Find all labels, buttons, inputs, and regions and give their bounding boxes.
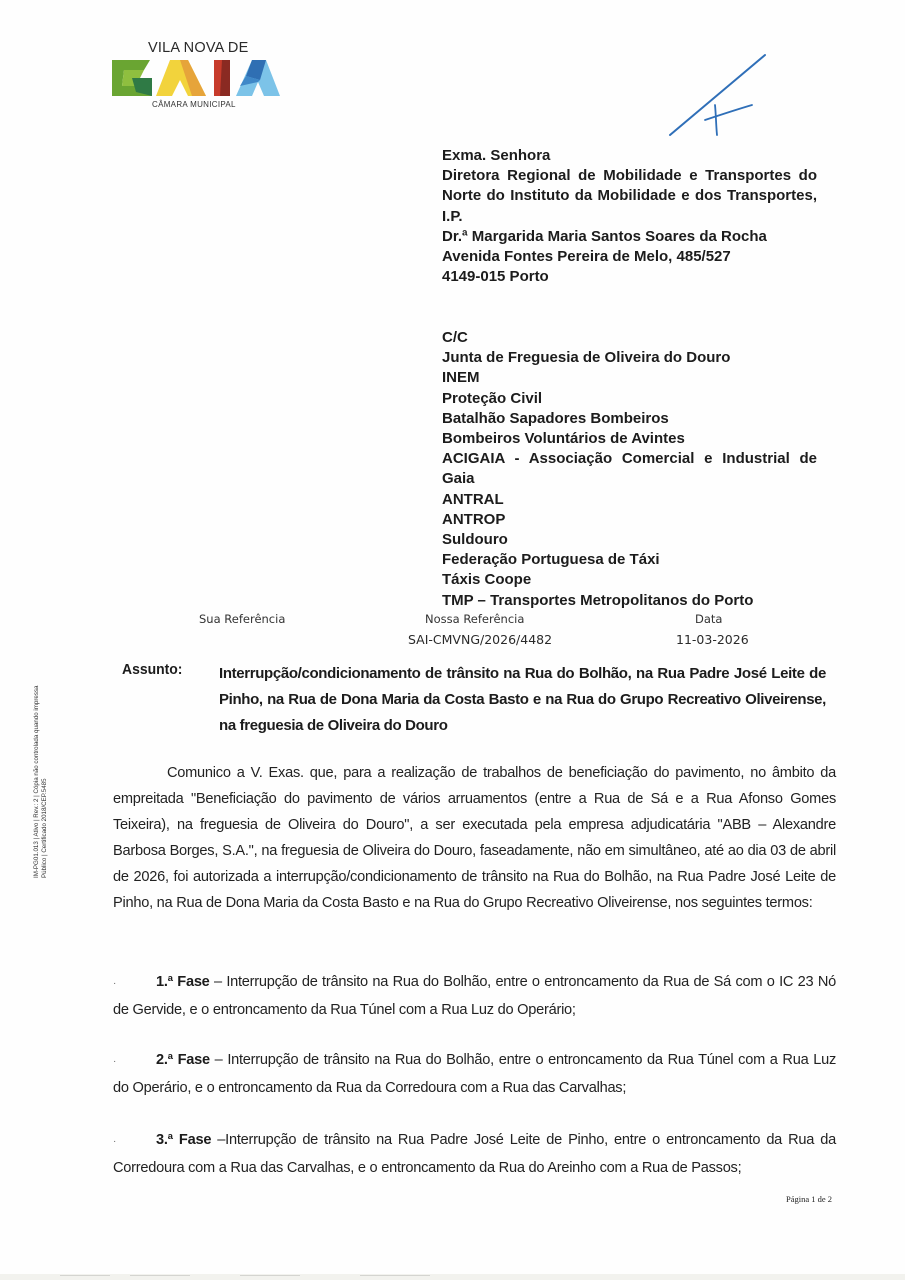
- letter-page: VILA NOVA DE CÂMARA MUNICIPAL Exma. Senh…: [0, 0, 905, 1280]
- cc-item: ANTROP: [442, 510, 817, 530]
- cc-item: Táxis Coope: [442, 570, 817, 590]
- bullet-icon: ·: [113, 1049, 156, 1075]
- our-reference-value: SAI-CMVNG/2026/4482: [408, 632, 552, 647]
- subject-text: Interrupção/condicionamento de trânsito …: [219, 661, 826, 739]
- recipient-line: Norte do Instituto da Mobilidade e dos T…: [442, 186, 817, 206]
- logo-top-text: VILA NOVA DE: [148, 40, 248, 56]
- gaia-logo-mark-icon: [110, 56, 280, 100]
- cc-item: Junta de Freguesia de Oliveira do Douro: [442, 348, 817, 368]
- phase-item: ·2.ª Fase – Interrupção de trânsito na R…: [113, 1047, 836, 1101]
- logo-bottom-text: CÂMARA MUNICIPAL: [152, 100, 236, 109]
- phase-item: ·3.ª Fase –Interrupção de trânsito na Ru…: [113, 1127, 836, 1181]
- cc-item: ANTRAL: [442, 490, 817, 510]
- recipient-line: Diretora Regional de Mobilidade e Transp…: [442, 166, 817, 186]
- phase-item: ·1.ª Fase – Interrupção de trânsito na R…: [113, 969, 836, 1023]
- control-note-line-1: IM-PG01.013 | Ativo | Rev.: 2 | Cópia nã…: [33, 686, 41, 879]
- phase-title: 1.ª Fase: [156, 974, 210, 990]
- cc-item: ACIGAIA - Associação Comercial e Industr…: [442, 449, 817, 469]
- cc-item: Gaia: [442, 469, 817, 489]
- recipient-line: Dr.ª Margarida Maria Santos Soares da Ro…: [442, 227, 817, 247]
- cc-item: Batalhão Sapadores Bombeiros: [442, 409, 817, 429]
- recipient-line: 4149-015 Porto: [442, 267, 817, 287]
- cc-item: INEM: [442, 368, 817, 388]
- signature-mark: [660, 50, 780, 145]
- bullet-icon: ·: [113, 971, 156, 997]
- cc-item: Bombeiros Voluntários de Avintes: [442, 429, 817, 449]
- body-paragraph: Comunico a V. Exas. que, para a realizaç…: [113, 760, 836, 916]
- page-number: Página 1 de 2: [786, 1194, 832, 1204]
- salutation: Exma. Senhora: [442, 146, 817, 166]
- gaia-logo: VILA NOVA DE CÂMARA MUNICIPAL: [110, 40, 280, 115]
- phase-text: –Interrupção de trânsito na Rua Padre Jo…: [113, 1132, 836, 1176]
- your-reference-label: Sua Referência: [199, 612, 285, 626]
- page-bottom-edge: [0, 1274, 905, 1280]
- cc-item: Proteção Civil: [442, 389, 817, 409]
- control-note-line-2: Público | Certificado 2018/CEP.5485: [41, 686, 49, 879]
- cc-item: TMP – Transportes Metropolitanos do Port…: [442, 591, 817, 611]
- phase-text: – Interrupção de trânsito na Rua do Bolh…: [113, 974, 836, 1018]
- date-label: Data: [695, 612, 722, 626]
- document-control-note: IM-PG01.013 | Ativo | Rev.: 2 | Cópia nã…: [33, 686, 49, 879]
- phase-title: 2.ª Fase: [156, 1052, 210, 1068]
- cc-item: Federação Portuguesa de Táxi: [442, 550, 817, 570]
- subject-label: Assunto:: [122, 661, 182, 678]
- cc-list: C/C Junta de Freguesia de Oliveira do Do…: [442, 328, 817, 611]
- our-reference-label: Nossa Referência: [425, 612, 524, 626]
- cc-label: C/C: [442, 328, 817, 348]
- cc-item: Suldouro: [442, 530, 817, 550]
- recipient-address: Exma. Senhora Diretora Regional de Mobil…: [442, 146, 817, 287]
- recipient-line: I.P.: [442, 207, 817, 227]
- recipient-line: Avenida Fontes Pereira de Melo, 485/527: [442, 247, 817, 267]
- date-value: 11-03-2026: [676, 632, 749, 647]
- phase-text: – Interrupção de trânsito na Rua do Bolh…: [113, 1052, 836, 1096]
- bullet-icon: ·: [113, 1129, 156, 1155]
- phase-title: 3.ª Fase: [156, 1132, 211, 1148]
- body-paragraph-text: Comunico a V. Exas. que, para a realizaç…: [113, 765, 836, 911]
